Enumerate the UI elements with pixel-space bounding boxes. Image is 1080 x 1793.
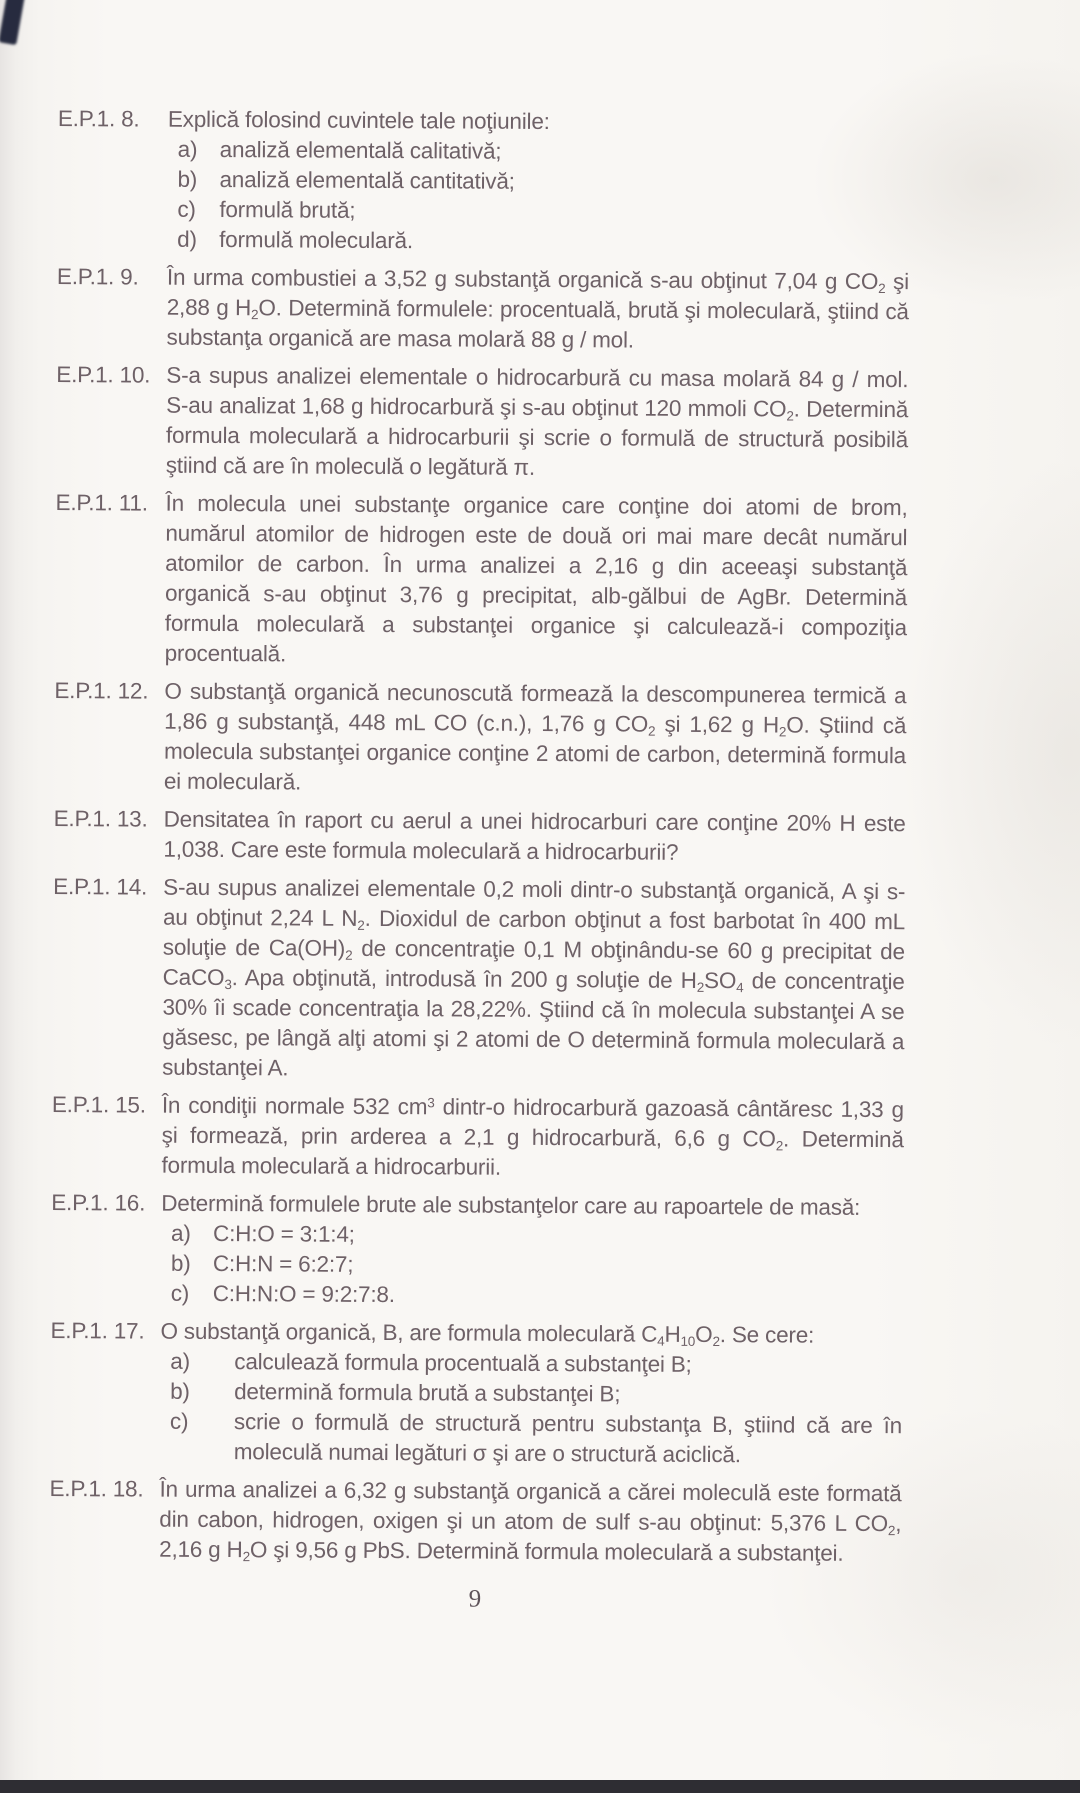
problem-body: Explică folosind cuvintele tale noţiunil… (167, 105, 910, 260)
page-number: 9 (49, 1582, 901, 1617)
subitem-text: analiză elementală cantitativă; (219, 165, 909, 199)
subitem: b)C:H:N = 6:2:7; (161, 1249, 903, 1284)
problem-body: O substanţă organică, B, are formula mol… (160, 1317, 903, 1472)
problem: E.P.1. 9.În urma combustiei a 3,52 g sub… (56, 262, 909, 357)
problem-text: În condiţii normale 532 cm3 dintr-o hidr… (161, 1091, 904, 1186)
problem-body: Densitatea în raport cu aerul a unei hid… (163, 805, 905, 870)
problem-text: Determină formulele brute ale substanţel… (161, 1189, 903, 1224)
problem: E.P.1. 17.O substanţă organică, B, are f… (50, 1316, 903, 1471)
problem-body: În molecula unei substanţe organice care… (165, 489, 908, 674)
subitem-text: scrie o formulă de structură pentru subs… (234, 1407, 902, 1471)
problem: E.P.1. 15.În condiţii normale 532 cm3 di… (51, 1090, 904, 1185)
problem-text: O substanţă organică, B, are formula mol… (160, 1317, 902, 1352)
scanned-book-page: E.P.1. 8.Explică folosind cuvintele tale… (0, 0, 1080, 1793)
subitem-text: C:H:O = 3:1:4; (213, 1219, 903, 1253)
problem-text: Densitatea în raport cu aerul a unei hid… (163, 805, 905, 870)
problem-id: E.P.1. 16. (51, 1188, 162, 1309)
problem: E.P.1. 18.În urma analizei a 6,32 g subs… (49, 1474, 902, 1569)
problem-text: În urma analizei a 6,32 g substanţă orga… (159, 1475, 902, 1570)
problem-body: În urma combustiei a 3,52 g substanţă or… (166, 263, 909, 358)
subitem-label: a) (178, 135, 220, 165)
subitem-text: calculează formula procentuală a substan… (234, 1347, 902, 1381)
subitem-label: c) (177, 195, 219, 225)
subitem: a)analiză elementală calitativă; (168, 135, 910, 170)
subitem: b)analiză elementală cantitativă; (167, 165, 909, 200)
problem-text: Explică folosind cuvintele tale noţiunil… (168, 105, 910, 140)
subitem-label: b) (170, 1377, 234, 1407)
problem-id: E.P.1. 8. (57, 104, 168, 255)
problem-text: O substanţă organică necunoscută formeaz… (164, 677, 907, 802)
problem: E.P.1. 10.S-a supus analizei elementale … (56, 360, 909, 485)
problem-id: E.P.1. 11. (55, 488, 166, 669)
problem-text: În molecula unei substanţe organice care… (165, 489, 908, 674)
subitem: c)formulă brută; (167, 195, 909, 230)
problem-body: S-a supus analizei elementale o hidrocar… (166, 361, 909, 486)
problem-id: E.P.1. 14. (52, 872, 163, 1083)
subitem-label: c) (170, 1407, 234, 1467)
problem-text: S-au supus analizei elementale 0,2 moli … (162, 873, 905, 1088)
problem-body: S-au supus analizei elementale 0,2 moli … (162, 873, 905, 1088)
problem: E.P.1. 8.Explică folosind cuvintele tale… (57, 104, 910, 259)
problem-id: E.P.1. 18. (49, 1474, 160, 1565)
problem-list: E.P.1. 8.Explică folosind cuvintele tale… (49, 104, 910, 1569)
problem: E.P.1. 16.Determină formulele brute ale … (51, 1188, 904, 1313)
scan-bottom-edge (0, 1780, 1080, 1793)
subitem-label: a) (170, 1347, 234, 1377)
problem-body: În urma analizei a 6,32 g substanţă orga… (159, 1475, 902, 1570)
problem-text: S-a supus analizei elementale o hidrocar… (166, 361, 909, 486)
problem-id: E.P.1. 12. (54, 676, 165, 797)
problem-id: E.P.1. 10. (56, 360, 167, 481)
subitem-text: analiză elementală calitativă; (220, 135, 910, 169)
subitem-label: d) (177, 225, 219, 255)
problem-text: În urma combustiei a 3,52 g substanţă or… (166, 263, 909, 358)
problem: E.P.1. 14.S-au supus analizei elementale… (52, 872, 905, 1087)
subitem-text: formulă moleculară. (219, 225, 909, 259)
page-content: E.P.1. 8.Explică folosind cuvintele tale… (49, 104, 910, 1617)
subitem: b)determină formula brută a substanţei B… (160, 1377, 902, 1412)
subitem-label: a) (171, 1219, 213, 1249)
subitem: a)C:H:O = 3:1:4; (161, 1219, 903, 1254)
subitem-label: b) (171, 1249, 213, 1279)
subitem-label: c) (171, 1279, 213, 1309)
problem-id: E.P.1. 9. (56, 262, 167, 353)
problem-body: În condiţii normale 532 cm3 dintr-o hidr… (161, 1091, 904, 1186)
subitem: d)formulă moleculară. (167, 225, 909, 260)
problem-body: O substanţă organică necunoscută formeaz… (164, 677, 907, 802)
scan-corner-artifact (0, 0, 26, 45)
problem: E.P.1. 11.În molecula unei substanţe org… (55, 488, 908, 673)
subitem-label: b) (177, 165, 219, 195)
problem: E.P.1. 13.Densitatea în raport cu aerul … (53, 804, 905, 869)
problem-id: E.P.1. 17. (50, 1316, 161, 1467)
subitem: a)calculează formula procentuală a subst… (160, 1347, 902, 1382)
subitem-text: C:H:N:O = 9:2:7:8. (213, 1279, 903, 1313)
problem: E.P.1. 12.O substanţă organică necunoscu… (54, 676, 907, 801)
subitem-text: C:H:N = 6:2:7; (213, 1249, 903, 1283)
subitem: c)scrie o formulă de structură pentru su… (160, 1407, 902, 1472)
problem-body: Determină formulele brute ale substanţel… (161, 1189, 904, 1314)
subitem: c)C:H:N:O = 9:2:7:8. (161, 1279, 903, 1314)
subitem-text: formulă brută; (219, 195, 909, 229)
problem-id: E.P.1. 15. (51, 1090, 162, 1181)
problem-id: E.P.1. 13. (53, 804, 163, 865)
subitem-text: determină formula brută a substanţei B; (234, 1377, 902, 1411)
